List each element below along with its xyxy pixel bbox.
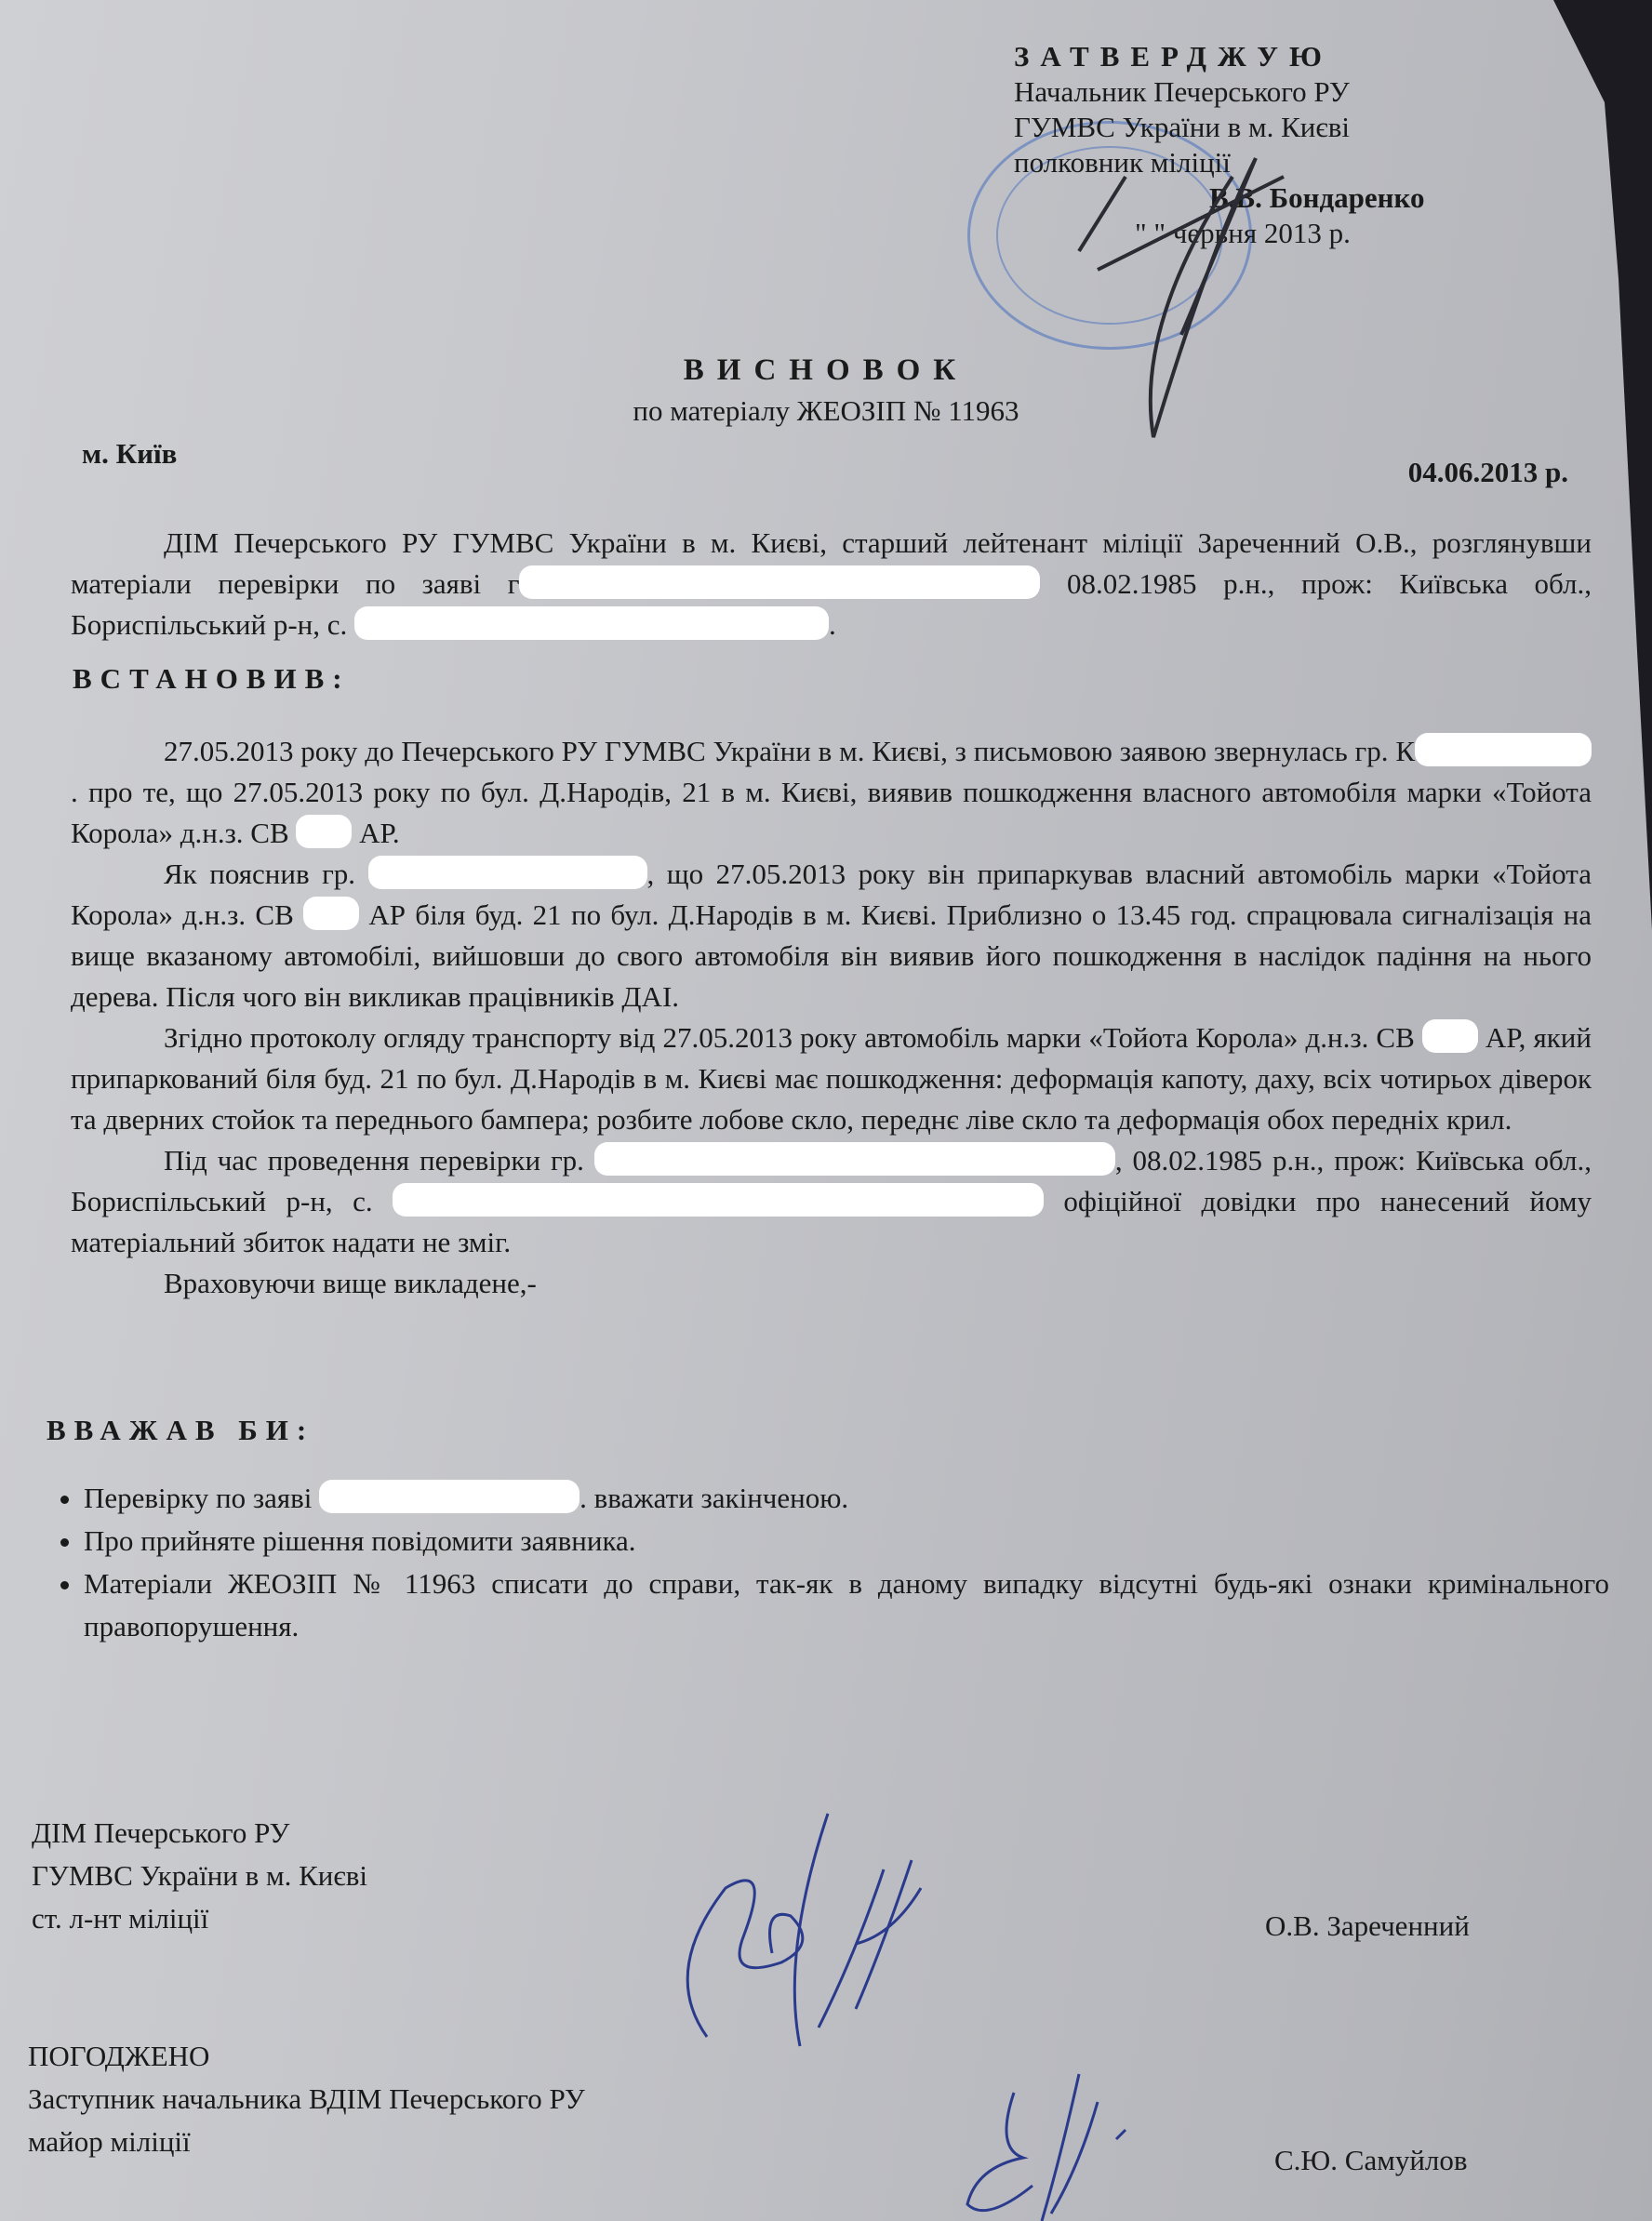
redaction: [1415, 733, 1592, 766]
agreed-block: ПОГОДЖЕНО Заступник начальника ВДІМ Пече…: [28, 2035, 585, 2163]
redaction: [519, 565, 1040, 599]
agreed-position: Заступник начальника ВДІМ Печерського РУ: [28, 2078, 585, 2121]
established-paragraph-3: Згідно протоколу огляду транспорту від 2…: [71, 1017, 1592, 1140]
redaction: [393, 1183, 1044, 1217]
officer-name: О.В. Зареченний: [1265, 1905, 1470, 1948]
document-date: 04.06.2013 р.: [1408, 456, 1568, 489]
section-established-heading: ВСТАНОВИВ:: [73, 662, 351, 696]
agreed-name: С.Ю. Самуйлов: [1274, 2139, 1468, 2182]
officer-rank: ст. л-нт міліції: [32, 1897, 367, 1940]
redaction: [1422, 1019, 1478, 1053]
officer-unit: ДІМ Печерського РУ: [32, 1812, 367, 1855]
approval-position: Начальник Печерського РУ: [1014, 74, 1424, 110]
officer-department: ГУМВС України в м. Києві: [32, 1855, 367, 1897]
established-paragraph-5: Враховуючи вище викладене,-: [71, 1263, 1592, 1304]
intro-paragraph: ДІМ Печерського РУ ГУМВС України в м. Ки…: [71, 523, 1592, 645]
redaction: [319, 1480, 580, 1513]
document-title: ВИСНОВОК: [0, 353, 1652, 388]
decision-item: Матеріали ЖЕОЗІП № 11963 списати до спра…: [84, 1563, 1609, 1648]
agreed-rank: майор міліції: [28, 2121, 585, 2163]
officer-signature: [670, 1804, 1005, 2083]
established-paragraph-4: Під час проведення перевірки гр. , 08.02…: [71, 1140, 1592, 1263]
section-decided-heading: ВВАЖАВ БИ:: [47, 1414, 314, 1447]
decision-item: Про прийняте рішення повідомити заявника…: [84, 1520, 1609, 1563]
decision-list: Перевірку по заяві . вважати закінченою.…: [37, 1477, 1609, 1648]
document-page: ЗАТВЕРДЖУЮ Начальник Печерського РУ ГУМВ…: [0, 0, 1652, 2221]
document-city: м. Київ: [82, 437, 177, 471]
intro-text: .: [829, 608, 836, 641]
established-paragraph-1: 27.05.2013 року до Печерського РУ ГУМВС …: [71, 731, 1592, 854]
established-paragraph-2: Як пояснив гр. , що 27.05.2013 року він …: [71, 854, 1592, 1017]
document-subtitle: по матеріалу ЖЕОЗІП № 11963: [0, 394, 1652, 428]
redaction: [368, 856, 647, 889]
decision-item: Перевірку по заяві . вважати закінченою.: [84, 1477, 1609, 1520]
redaction: [594, 1142, 1115, 1176]
established-body: 27.05.2013 року до Печерського РУ ГУМВС …: [71, 731, 1592, 1304]
redaction: [296, 815, 352, 848]
redaction: [354, 606, 829, 640]
approval-heading: ЗАТВЕРДЖУЮ: [1014, 39, 1424, 74]
agreed-heading: ПОГОДЖЕНО: [28, 2035, 585, 2078]
agreed-signature: [958, 2065, 1181, 2221]
officer-block: ДІМ Печерського РУ ГУМВС України в м. Ки…: [32, 1812, 367, 1940]
redaction: [303, 897, 359, 930]
